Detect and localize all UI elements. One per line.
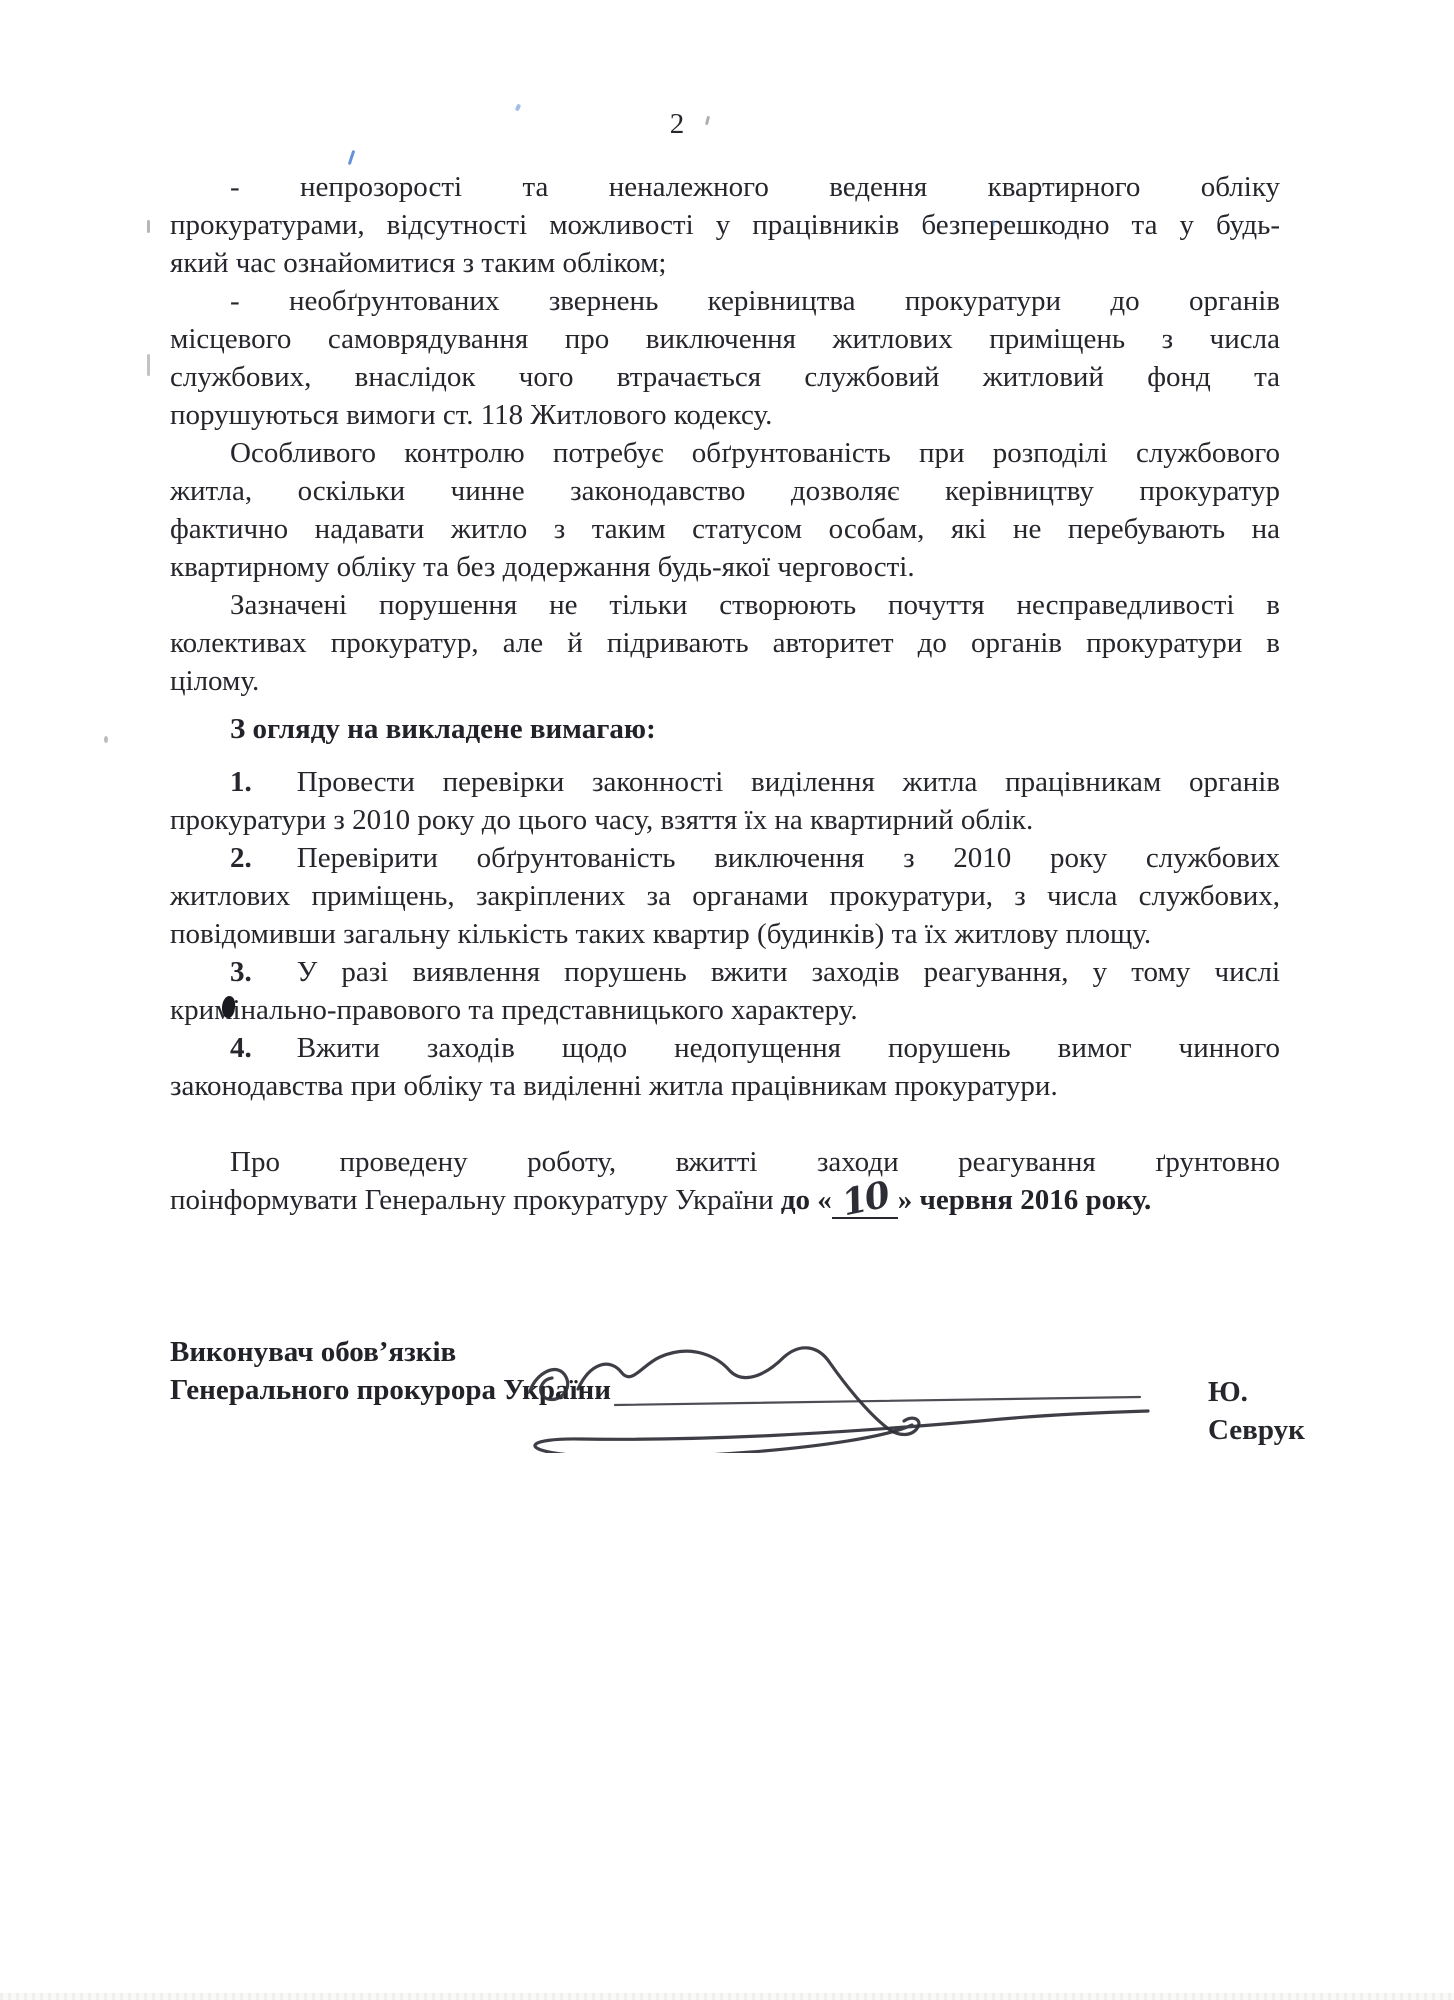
section-heading: З огляду на викладене вимагаю: [170,710,1280,748]
list-item-3: 3.У разі виявлення порушень вжити заході… [170,953,1280,1029]
scan-speck [104,736,108,743]
scan-speck [992,220,995,226]
paragraph-4: Зазначені порушення не тільки створюють … [170,586,1280,700]
list-item-1: 1.Провести перевірки законності виділенн… [170,763,1280,839]
signer-name: Ю. Севрук [1208,1373,1305,1449]
text-line: фактично надавати житло з таким статусом… [170,510,1280,548]
text-line: - непрозорості та неналежного ведення кв… [170,168,1280,206]
list-item-line: 3.У разі виявлення порушень вжити заході… [170,953,1280,991]
text-line: кримінально-правового та представницьког… [170,991,1280,1029]
list-item-4: 4.Вжити заходів щодо недопущення порушен… [170,1029,1280,1105]
closing-text: поінформувати Генеральну прокуратуру Укр… [170,1184,774,1216]
signature-icon [460,1333,1160,1453]
page-number: 2 [170,105,1280,143]
document-content: 2 - непрозорості та неналежного ведення … [170,105,1280,1473]
text-line: службових, внаслідок чого втрачається сл… [170,358,1280,396]
list-item-number: 4. [230,1032,252,1064]
scan-speck [147,354,150,376]
text-line: Про проведену роботу, вжитті заходи реаг… [170,1143,1280,1181]
document-page: 2 - непрозорості та неналежного ведення … [0,0,1454,2000]
list-item-line: 2.Перевірити обґрунтованість виключення … [170,839,1280,877]
text-line: квартирному обліку та без додержання буд… [170,548,1280,586]
text-line: прокуратури з 2010 року до цього часу, в… [170,801,1280,839]
text-line: житла, оскільки чинне законодавство дозв… [170,472,1280,510]
scan-edge-artifact [0,1993,1454,2000]
handwritten-date-blank: 10 [832,1183,898,1219]
list-item-line: 1.Провести перевірки законності виділенн… [170,763,1280,801]
text-line: Зазначені порушення не тільки створюють … [170,586,1280,624]
handwritten-date: 10 [838,1176,891,1223]
paragraph-3: Особливого контролю потребує обґрунтован… [170,434,1280,586]
scan-speck [147,220,150,233]
text-line: поінформувати Генеральну прокуратуру Укр… [170,1181,1280,1219]
text-line: порушуються вимоги ст. 118 Житлового код… [170,396,1280,434]
paragraph-2: - необґрунтованих звернень керівництва п… [170,282,1280,434]
list-item-text: Перевірити обґрунтованість виключення з … [297,842,1280,874]
text-line: місцевого самоврядування про виключення … [170,320,1280,358]
list-item-line: 4.Вжити заходів щодо недопущення порушен… [170,1029,1280,1067]
text-line: колективах прокуратур, але й підривають … [170,624,1280,662]
list-item-2: 2.Перевірити обґрунтованість виключення … [170,839,1280,953]
text-line: Особливого контролю потребує обґрунтован… [170,434,1280,472]
list-item-text: Вжити заходів щодо недопущення порушень … [297,1032,1280,1064]
list-item-text: Провести перевірки законності виділення … [297,766,1280,798]
text-line: цілому. [170,662,1280,700]
deadline-text: » червня 2016 року. [898,1184,1151,1216]
deadline-text: до « [781,1184,832,1216]
list-item-text: кримінально-правового та представницьког… [170,994,858,1026]
list-item-number: 3. [230,956,252,988]
text-line: законодавства при обліку та виділенні жи… [170,1067,1280,1105]
text-line: повідомивши загальну кількість таких ква… [170,915,1280,953]
text-line: прокуратурами, відсутності можливості у … [170,206,1280,244]
text-line: - необґрунтованих звернень керівництва п… [170,282,1280,320]
signature-block: Виконувач обов’язків Генерального прокур… [170,1333,1280,1473]
list-item-number: 1. [230,766,252,798]
text-line: житлових приміщень, закріплених за орган… [170,877,1280,915]
list-item-number: 2. [230,842,252,874]
text-line: який час ознайомитися з таким обліком; [170,244,1280,282]
closing-paragraph: Про проведену роботу, вжитті заходи реаг… [170,1143,1280,1219]
paragraph-1: - непрозорості та неналежного ведення кв… [170,168,1280,282]
list-item-text: У разі виявлення порушень вжити заходів … [297,956,1280,988]
